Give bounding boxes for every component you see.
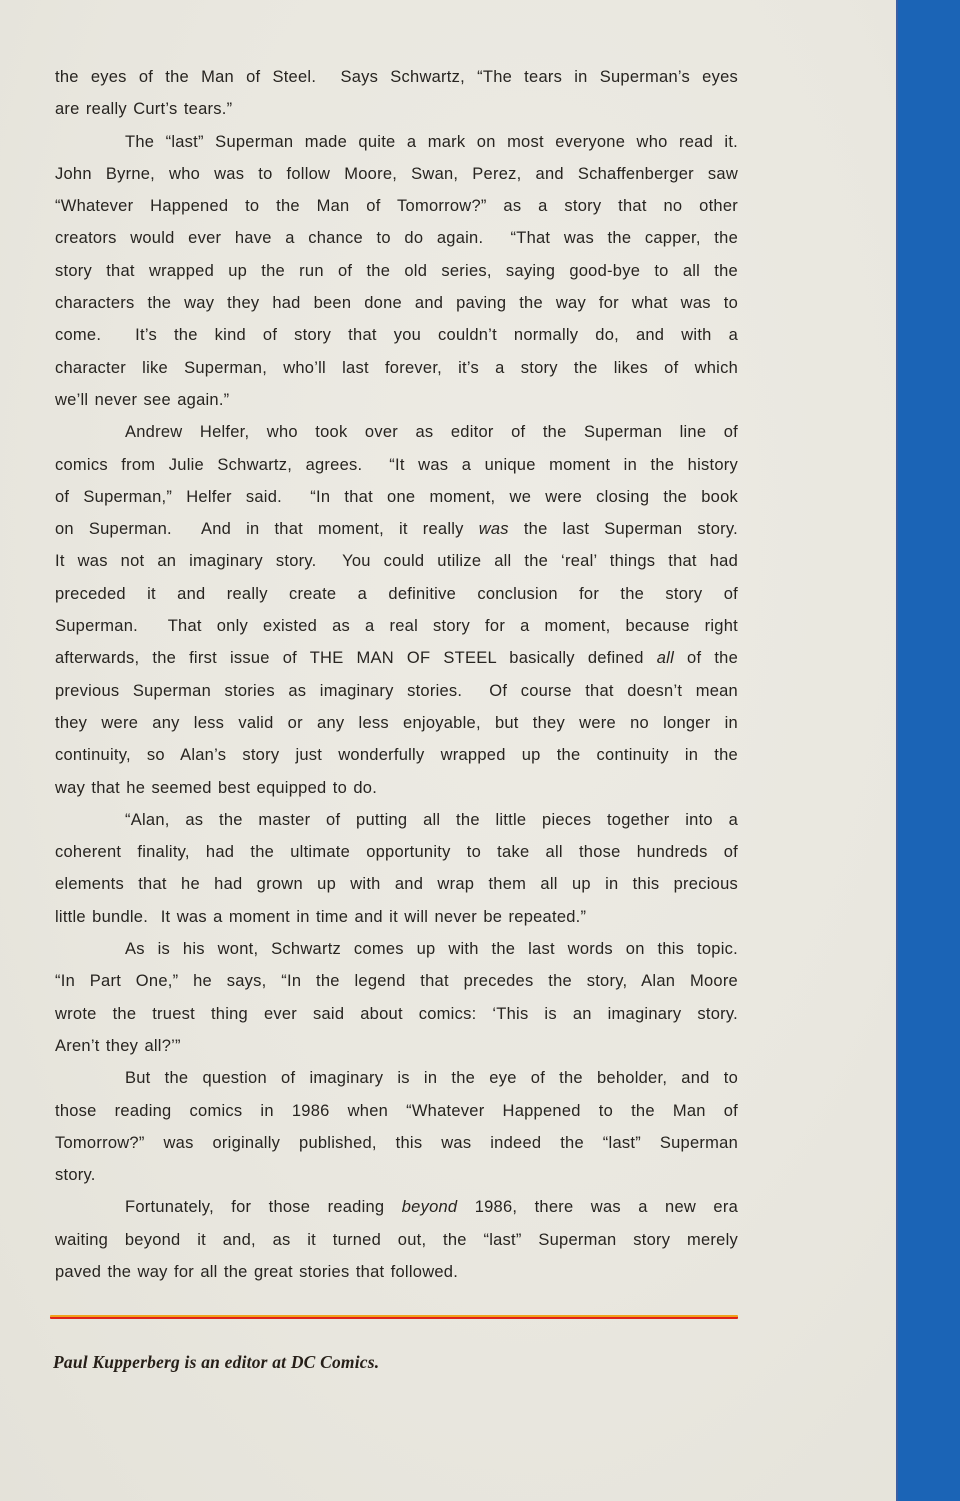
- text-run: “In Part One,” he says, “In the legend t…: [55, 972, 738, 990]
- text-run: way that he seemed best equipped to do.: [55, 779, 377, 797]
- text-run: on Superman. And in that moment, it real…: [55, 520, 479, 538]
- text-line: preceded it and really create a definiti…: [55, 578, 738, 610]
- text-run: Andrew Helfer, who took over as editor o…: [125, 423, 738, 441]
- text-line: elements that he had grown up with and w…: [55, 868, 738, 900]
- text-run: preceded it and really create a definiti…: [55, 585, 738, 603]
- text-line: Aren’t they all?’”: [55, 1030, 738, 1062]
- text-run: The “last” Superman made quite a mark on…: [125, 133, 738, 151]
- text-line: Fortunately, for those reading beyond 19…: [55, 1191, 738, 1223]
- text-line: comics from Julie Schwartz, agrees. “It …: [55, 449, 738, 481]
- blue-edge-bar: [896, 0, 960, 1501]
- text-run: Aren’t they all?’”: [55, 1037, 181, 1055]
- text-line: we’ll never see again.”: [55, 384, 738, 416]
- text-run: waiting beyond it and, as it turned out,…: [55, 1231, 738, 1249]
- text-run: story that wrapped up the run of the old…: [55, 262, 738, 280]
- text-run: 1986, there was a new era: [457, 1198, 738, 1216]
- text-line: Andrew Helfer, who took over as editor o…: [55, 416, 738, 448]
- text-run: wrote the truest thing ever said about c…: [55, 1005, 738, 1023]
- text-line: the eyes of the Man of Steel. Says Schwa…: [55, 61, 738, 93]
- text-line: wrote the truest thing ever said about c…: [55, 998, 738, 1030]
- text-line: As is his wont, Schwartz comes up with t…: [55, 933, 738, 965]
- italic-text-run: was: [479, 520, 509, 538]
- text-line: afterwards, the first issue of THE MAN O…: [55, 642, 738, 674]
- italic-text-run: beyond: [402, 1198, 458, 1216]
- text-line: But the question of imaginary is in the …: [55, 1062, 738, 1094]
- text-line: “Whatever Happened to the Man of Tomorro…: [55, 190, 738, 222]
- italic-text-run: all: [657, 649, 674, 667]
- text-line: paved the way for all the great stories …: [55, 1256, 738, 1288]
- text-line: coherent finality, had the ultimate oppo…: [55, 836, 738, 868]
- text-line: previous Superman stories as imaginary s…: [55, 675, 738, 707]
- text-run: But the question of imaginary is in the …: [125, 1069, 738, 1087]
- text-line: characters the way they had been done an…: [55, 287, 738, 319]
- text-run: As is his wont, Schwartz comes up with t…: [125, 940, 738, 958]
- text-run: are really Curt’s tears.”: [55, 100, 232, 118]
- text-run: Fortunately, for those reading: [125, 1198, 402, 1216]
- divider-rule: [50, 1315, 738, 1319]
- text-line: story.: [55, 1159, 738, 1191]
- text-run: of the: [674, 649, 738, 667]
- text-line: “Alan, as the master of putting all the …: [55, 804, 738, 836]
- text-run: they were any less valid or any less enj…: [55, 714, 738, 732]
- text-run: Superman. That only existed as a real st…: [55, 617, 738, 635]
- text-line: those reading comics in 1986 when “Whate…: [55, 1095, 738, 1127]
- book-page: the eyes of the Man of Steel. Says Schwa…: [0, 0, 960, 1501]
- text-line: they were any less valid or any less enj…: [55, 707, 738, 739]
- text-line: Tomorrow?” was originally published, thi…: [55, 1127, 738, 1159]
- text-line: are really Curt’s tears.”: [55, 93, 738, 125]
- text-run: John Byrne, who was to follow Moore, Swa…: [55, 165, 738, 183]
- text-line: creators would ever have a chance to do …: [55, 222, 738, 254]
- text-run: paved the way for all the great stories …: [55, 1263, 458, 1281]
- text-run: we’ll never see again.”: [55, 391, 229, 409]
- text-run: of Superman,” Helfer said. “In that one …: [55, 488, 738, 506]
- text-line: waiting beyond it and, as it turned out,…: [55, 1224, 738, 1256]
- text-line: of Superman,” Helfer said. “In that one …: [55, 481, 738, 513]
- text-run: creators would ever have a chance to do …: [55, 229, 738, 247]
- text-run: It was not an imaginary story. You could…: [55, 552, 738, 570]
- text-run: those reading comics in 1986 when “Whate…: [55, 1102, 738, 1120]
- text-line: come. It’s the kind of story that you co…: [55, 319, 738, 351]
- text-line: story that wrapped up the run of the old…: [55, 255, 738, 287]
- text-line: John Byrne, who was to follow Moore, Swa…: [55, 158, 738, 190]
- article-text: the eyes of the Man of Steel. Says Schwa…: [55, 61, 738, 1288]
- text-line: continuity, so Alan’s story just wonderf…: [55, 739, 738, 771]
- text-line: on Superman. And in that moment, it real…: [55, 513, 738, 545]
- text-line: It was not an imaginary story. You could…: [55, 545, 738, 577]
- text-line: “In Part One,” he says, “In the legend t…: [55, 965, 738, 997]
- text-run: “Whatever Happened to the Man of Tomorro…: [55, 197, 738, 215]
- text-run: story.: [55, 1166, 96, 1184]
- text-run: the eyes of the Man of Steel. Says Schwa…: [55, 68, 738, 86]
- text-run: little bundle. It was a moment in time a…: [55, 908, 586, 926]
- text-run: afterwards, the first issue of THE MAN O…: [55, 649, 657, 667]
- text-run: “Alan, as the master of putting all the …: [125, 811, 738, 829]
- text-run: continuity, so Alan’s story just wonderf…: [55, 746, 738, 764]
- text-line: way that he seemed best equipped to do.: [55, 772, 738, 804]
- text-run: come. It’s the kind of story that you co…: [55, 326, 738, 344]
- text-run: character like Superman, who’ll last for…: [55, 359, 738, 377]
- text-line: The “last” Superman made quite a mark on…: [55, 126, 738, 158]
- byline: Paul Kupperberg is an editor at DC Comic…: [53, 1352, 379, 1373]
- text-line: character like Superman, who’ll last for…: [55, 352, 738, 384]
- text-line: little bundle. It was a moment in time a…: [55, 901, 738, 933]
- text-run: coherent finality, had the ultimate oppo…: [55, 843, 738, 861]
- text-run: comics from Julie Schwartz, agrees. “It …: [55, 456, 738, 474]
- text-line: Superman. That only existed as a real st…: [55, 610, 738, 642]
- text-run: Tomorrow?” was originally published, thi…: [55, 1134, 738, 1152]
- text-run: characters the way they had been done an…: [55, 294, 738, 312]
- text-run: elements that he had grown up with and w…: [55, 875, 738, 893]
- text-run: previous Superman stories as imaginary s…: [55, 682, 738, 700]
- text-run: the last Superman story.: [509, 520, 738, 538]
